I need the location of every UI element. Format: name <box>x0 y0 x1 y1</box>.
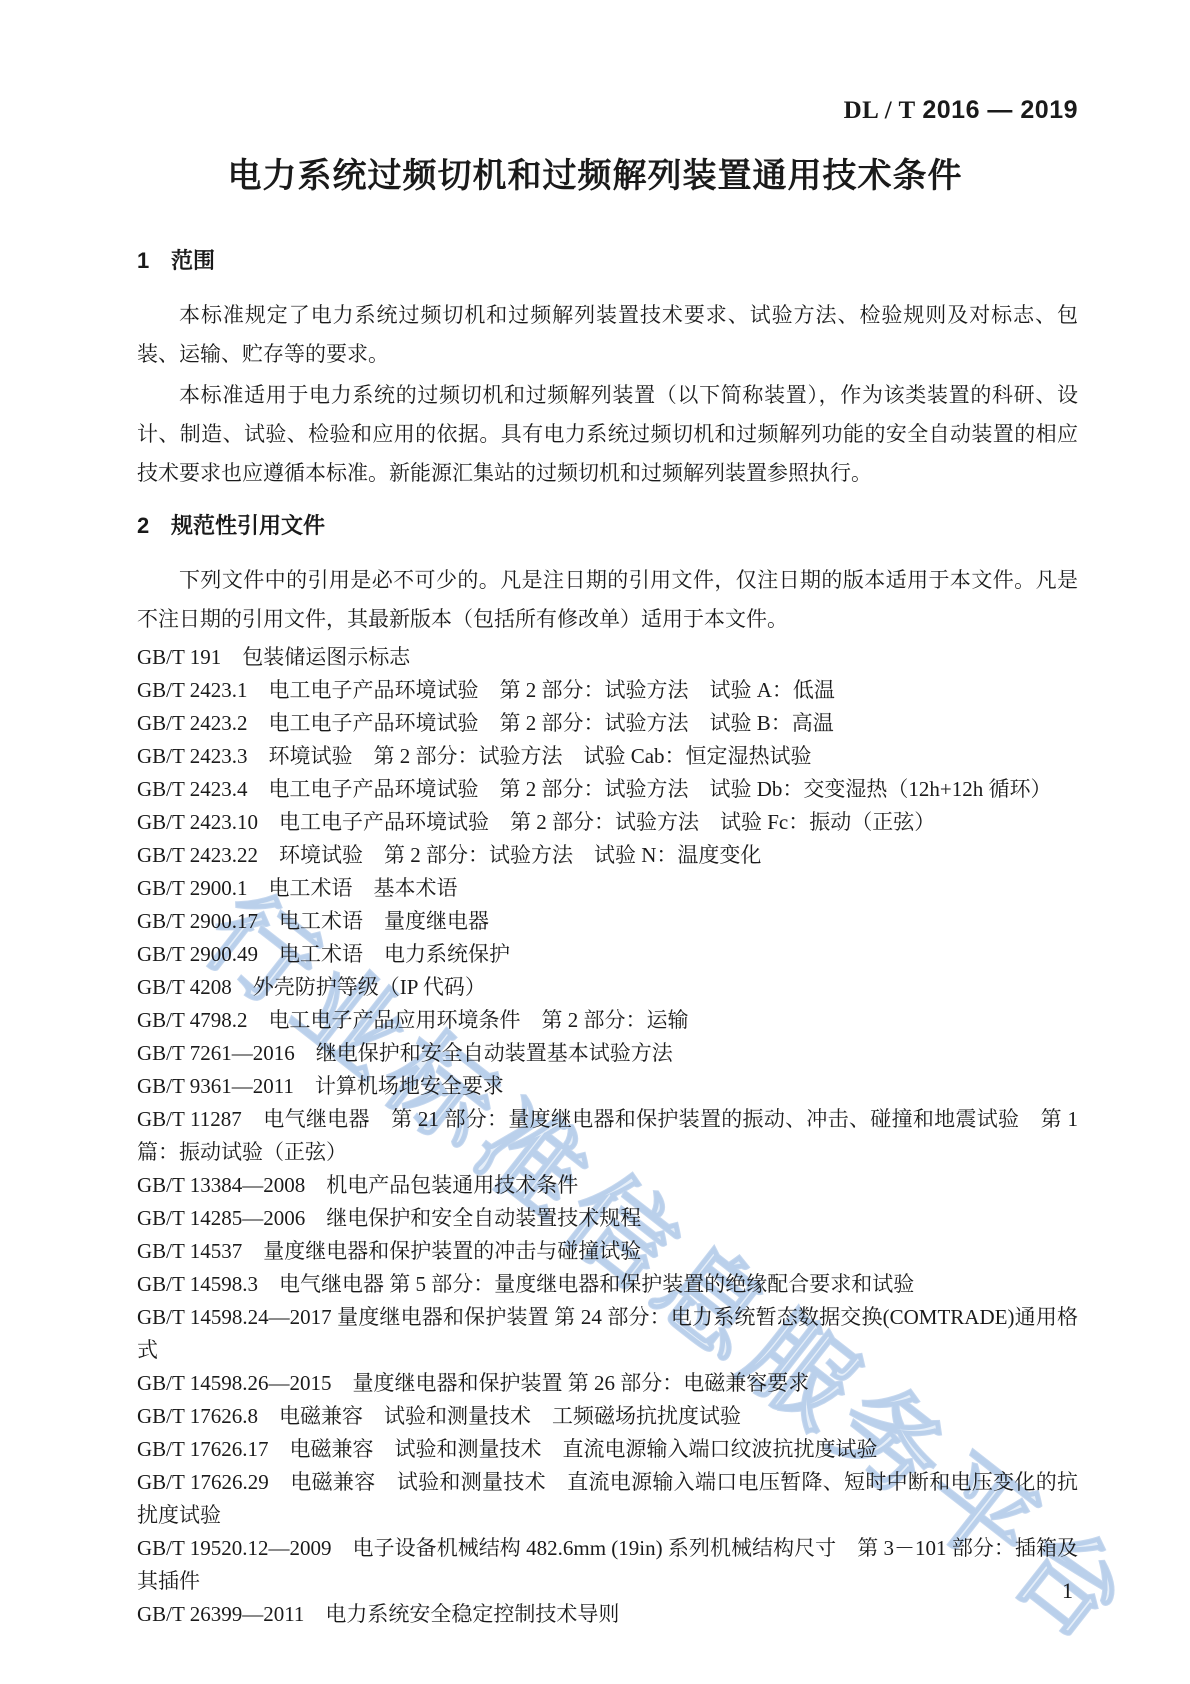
reference-item: GB/T 4208 外壳防护等级（IP 代码） <box>137 971 1078 1004</box>
section2-heading: 2规范性引用文件 <box>137 511 1078 541</box>
document-body: 1范围 本标准规定了电力系统过频切机和过频解列装置技术要求、试验方法、检验规则及… <box>137 246 1078 1631</box>
reference-list: GB/T 191 包装储运图示标志 GB/T 2423.1 电工电子产品环境试验… <box>137 641 1078 1631</box>
reference-item: GB/T 7261—2016 继电保护和安全自动装置基本试验方法 <box>137 1037 1078 1070</box>
reference-item: GB/T 2900.1 电工术语 基本术语 <box>137 872 1078 905</box>
reference-item: GB/T 17626.29 电磁兼容 试验和测量技术 直流电源输入端口电压暂降、… <box>137 1466 1078 1532</box>
reference-item: GB/T 2423.10 电工电子产品环境试验 第 2 部分：试验方法 试验 F… <box>137 806 1078 839</box>
document-title: 电力系统过频切机和过频解列装置通用技术条件 <box>0 148 1190 197</box>
reference-item: GB/T 14598.24—2017 量度继电器和保护装置 第 24 部分：电力… <box>137 1301 1078 1367</box>
reference-item: GB/T 26399—2011 电力系统安全稳定控制技术导则 <box>137 1598 1078 1631</box>
reference-item: GB/T 2423.4 电工电子产品环境试验 第 2 部分：试验方法 试验 Db… <box>137 773 1078 806</box>
reference-item: GB/T 9361—2011 计算机场地安全要求 <box>137 1070 1078 1103</box>
section1-paragraph-1: 本标准规定了电力系统过频切机和过频解列装置技术要求、试验方法、检验规则及对标志、… <box>137 296 1078 374</box>
reference-item: GB/T 14598.3 电气继电器 第 5 部分：量度继电器和保护装置的绝缘配… <box>137 1268 1078 1301</box>
section2-intro: 下列文件中的引用是必不可少的。凡是注日期的引用文件，仅注日期的版本适用于本文件。… <box>137 561 1078 639</box>
reference-item: GB/T 2423.2 电工电子产品环境试验 第 2 部分：试验方法 试验 B：… <box>137 707 1078 740</box>
reference-item: GB/T 14285—2006 继电保护和安全自动装置技术规程 <box>137 1202 1078 1235</box>
reference-item: GB/T 4798.2 电工电子产品应用环境条件 第 2 部分：运输 <box>137 1004 1078 1037</box>
reference-item: GB/T 17626.17 电磁兼容 试验和测量技术 直流电源输入端口纹波抗扰度… <box>137 1433 1078 1466</box>
document-page: 行业标准信息服务平台 DL / T 2016 — 2019 电力系统过频切机和过… <box>0 0 1190 1684</box>
page-number: 1 <box>1062 1578 1073 1604</box>
section1-title: 范围 <box>171 248 215 273</box>
standard-prefix: DL / T <box>844 97 916 124</box>
reference-item: GB/T 2900.49 电工术语 电力系统保护 <box>137 938 1078 971</box>
reference-item: GB/T 2423.22 环境试验 第 2 部分：试验方法 试验 N：温度变化 <box>137 839 1078 872</box>
reference-item: GB/T 11287 电气继电器 第 21 部分：量度继电器和保护装置的振动、冲… <box>137 1103 1078 1169</box>
spacer <box>137 495 1078 511</box>
section1-number: 1 <box>137 246 171 276</box>
reference-item: GB/T 2423.1 电工电子产品环境试验 第 2 部分：试验方法 试验 A：… <box>137 674 1078 707</box>
reference-item: GB/T 191 包装储运图示标志 <box>137 641 1078 674</box>
section1-heading: 1范围 <box>137 246 1078 276</box>
doc-number: DL / T 2016 — 2019 <box>844 96 1078 125</box>
standard-number: 2016 — 2019 <box>922 96 1078 124</box>
section2-title: 规范性引用文件 <box>171 513 325 538</box>
reference-item: GB/T 19520.12—2009 电子设备机械结构 482.6mm (19i… <box>137 1532 1078 1598</box>
section2-number: 2 <box>137 511 171 541</box>
reference-item: GB/T 14598.26—2015 量度继电器和保护装置 第 26 部分：电磁… <box>137 1367 1078 1400</box>
reference-item: GB/T 14537 量度继电器和保护装置的冲击与碰撞试验 <box>137 1235 1078 1268</box>
reference-item: GB/T 17626.8 电磁兼容 试验和测量技术 工频磁场抗扰度试验 <box>137 1400 1078 1433</box>
reference-item: GB/T 2900.17 电工术语 量度继电器 <box>137 905 1078 938</box>
reference-item: GB/T 13384—2008 机电产品包装通用技术条件 <box>137 1169 1078 1202</box>
reference-item: GB/T 2423.3 环境试验 第 2 部分：试验方法 试验 Cab：恒定湿热… <box>137 740 1078 773</box>
section1-paragraph-2: 本标准适用于电力系统的过频切机和过频解列装置（以下简称装置），作为该类装置的科研… <box>137 376 1078 493</box>
